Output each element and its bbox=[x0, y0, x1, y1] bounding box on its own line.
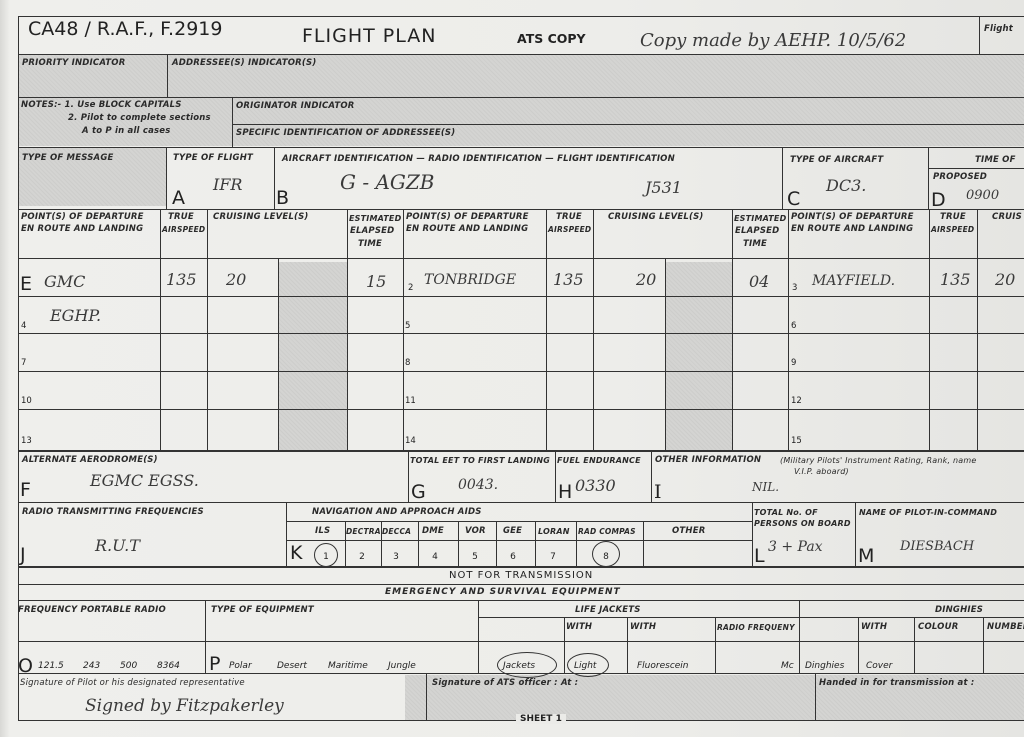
rule bbox=[555, 450, 556, 502]
nav-aid-rad-compas-circle bbox=[592, 541, 620, 567]
rule bbox=[286, 521, 752, 522]
type-of-aircraft-value[interactable]: DC3. bbox=[826, 176, 866, 195]
type-of-message-label: TYPE OF MESSAGE bbox=[22, 153, 114, 164]
cover-option[interactable]: Cover bbox=[866, 661, 892, 671]
dinghies-with-label: WITH bbox=[861, 622, 887, 633]
rule bbox=[788, 209, 789, 450]
other-information-note-2: V.I.P. aboard) bbox=[794, 466, 849, 477]
nav-aid-rad-compas: RAD COMPAS bbox=[578, 526, 636, 537]
nav-aid-num-4[interactable]: 4 bbox=[425, 552, 445, 562]
letter-i: I bbox=[654, 482, 662, 502]
rule bbox=[665, 258, 666, 450]
rule bbox=[782, 147, 783, 209]
nav-aid-decca: DECCA bbox=[382, 526, 411, 537]
rule bbox=[426, 673, 427, 720]
letter-f: F bbox=[20, 480, 31, 500]
route-tas-3[interactable]: 135 bbox=[940, 270, 971, 289]
emergency-title: EMERGENCY AND SURVIVAL EQUIPMENT bbox=[385, 587, 621, 598]
rule bbox=[18, 502, 1024, 503]
rule bbox=[983, 617, 984, 673]
letter-o: O bbox=[18, 656, 33, 676]
rule bbox=[18, 147, 1024, 148]
copy-note[interactable]: Copy made by AEHP. 10/5/62 bbox=[640, 30, 906, 51]
other-information-note: (Military Pilots' Instrument Rating, Ran… bbox=[780, 455, 976, 466]
flight-identification-value[interactable]: J531 bbox=[645, 178, 682, 197]
fuel-endurance-value[interactable]: 0330 bbox=[575, 476, 616, 495]
rule bbox=[643, 521, 644, 566]
rule bbox=[18, 600, 1024, 601]
rule bbox=[347, 209, 348, 450]
tas-header-2a: TRUE bbox=[556, 212, 582, 223]
freq-option-243[interactable]: 243 bbox=[83, 661, 100, 671]
form-number: CA48 / R.A.F., F.2919 bbox=[28, 18, 222, 40]
other-information-value[interactable]: NIL. bbox=[752, 480, 779, 494]
route-tas-1[interactable]: 135 bbox=[166, 270, 197, 289]
route-number-4: 4 bbox=[21, 321, 26, 331]
specific-identification-label: SPECIFIC IDENTIFICATION OF ADDRESSEE(S) bbox=[236, 128, 455, 139]
number-label: NUMBER bbox=[987, 622, 1024, 633]
total-eet-value[interactable]: 0043. bbox=[458, 477, 498, 493]
rule bbox=[18, 409, 1024, 410]
rule bbox=[478, 600, 479, 673]
rule bbox=[18, 97, 1024, 98]
pilot-signature-value[interactable]: Signed by Fitzpakerley bbox=[85, 696, 284, 716]
rule bbox=[651, 450, 652, 502]
eet-header-1c: TIME bbox=[358, 239, 382, 250]
level-shade-2 bbox=[665, 262, 732, 450]
fluorescein-option[interactable]: Fluorescein bbox=[637, 661, 689, 671]
proposed-time-value[interactable]: 0900 bbox=[966, 188, 999, 203]
levels-header-1: CRUISING LEVEL(S) bbox=[213, 212, 309, 223]
notes-line-3: A to P in all cases bbox=[82, 126, 171, 137]
rule bbox=[928, 147, 929, 209]
rule bbox=[18, 333, 1024, 334]
addressee-indicator-label: ADDRESSEE(S) INDICATOR(S) bbox=[172, 58, 316, 69]
points-header-3b: EN ROUTE AND LANDING bbox=[791, 224, 913, 235]
dinghies-option[interactable]: Dinghies bbox=[805, 661, 844, 671]
rule bbox=[928, 168, 1024, 169]
handed-in-label: Handed in for transmission at : bbox=[819, 678, 975, 689]
level-shade-1 bbox=[278, 262, 348, 450]
priority-indicator-label: PRIORITY INDICATOR bbox=[22, 58, 125, 69]
route-number-7: 7 bbox=[21, 358, 26, 368]
light-circle bbox=[567, 653, 609, 677]
radio-frequencies-label: RADIO TRANSMITTING FREQUENCIES bbox=[22, 507, 204, 518]
proposed-label: PROPOSED bbox=[933, 172, 987, 183]
rule bbox=[815, 673, 816, 720]
rule bbox=[232, 97, 233, 147]
radio-mc-unit: Mc bbox=[781, 661, 794, 671]
tas-header-2b: AIRSPEED bbox=[548, 224, 591, 235]
equip-option-desert[interactable]: Desert bbox=[277, 661, 307, 671]
form-title: FLIGHT PLAN bbox=[302, 25, 436, 47]
ats-officer-signature-label: Signature of ATS officer : At : bbox=[432, 678, 578, 689]
rule bbox=[278, 258, 279, 450]
letter-h: H bbox=[558, 482, 572, 502]
rule bbox=[858, 617, 859, 673]
points-header-2a: POINT(S) OF DEPARTURE bbox=[406, 212, 529, 223]
tas-header-3b: AIRSPEED bbox=[931, 224, 974, 235]
route-point-2[interactable]: TONBRIDGE bbox=[424, 272, 516, 288]
points-header-3a: POINT(S) OF DEPARTURE bbox=[791, 212, 914, 223]
pilot-in-command-label: NAME OF PILOT-IN-COMMAND bbox=[859, 507, 997, 518]
route-number-13: 13 bbox=[21, 436, 32, 446]
life-jackets-with-1: WITH bbox=[566, 622, 592, 633]
letter-j: J bbox=[20, 545, 26, 565]
rule bbox=[799, 600, 800, 673]
copy-type: ATS COPY bbox=[517, 31, 586, 46]
fuel-endurance-label: FUEL ENDURANCE bbox=[557, 455, 641, 466]
other-information-label: OTHER INFORMATION bbox=[655, 455, 761, 466]
type-of-flight-label: TYPE OF FLIGHT bbox=[173, 153, 253, 164]
tas-header-1b: AIRSPEED bbox=[162, 224, 205, 235]
letter-k: K bbox=[290, 543, 302, 563]
navigation-aids-label: NAVIGATION AND APPROACH AIDS bbox=[312, 507, 482, 518]
route-level-3[interactable]: 20 bbox=[995, 270, 1015, 289]
nav-aid-ils-circle bbox=[314, 543, 338, 567]
rule bbox=[167, 54, 168, 97]
rule bbox=[564, 617, 565, 673]
life-jackets-label: LIFE JACKETS bbox=[575, 605, 641, 616]
eet-header-1b: ELAPSED bbox=[350, 226, 394, 237]
radio-frequency-label: RADIO FREQUENY bbox=[717, 622, 795, 633]
route-number-8: 8 bbox=[405, 358, 410, 368]
route-eet-2[interactable]: 04 bbox=[749, 272, 769, 291]
time-of-label: TIME OF bbox=[975, 155, 1016, 166]
rule bbox=[18, 54, 1024, 55]
originator-indicator-label: ORIGINATOR INDICATOR bbox=[236, 101, 355, 112]
letter-d: D bbox=[931, 190, 946, 210]
rule bbox=[576, 521, 577, 566]
rule bbox=[160, 209, 161, 450]
route-number-3: 3 bbox=[792, 283, 797, 293]
rule bbox=[166, 147, 167, 209]
route-tas-2[interactable]: 135 bbox=[553, 270, 584, 289]
route-point-3[interactable]: MAYFIELD. bbox=[812, 273, 895, 289]
letter-l: L bbox=[754, 546, 765, 566]
nav-aid-loran: LORAN bbox=[538, 526, 570, 537]
route-level-1[interactable]: 20 bbox=[226, 270, 246, 289]
persons-on-board-value[interactable]: 3 + Pax bbox=[768, 539, 823, 555]
route-eet-1[interactable]: 15 bbox=[366, 272, 386, 291]
route-number-11: 11 bbox=[405, 396, 416, 406]
equip-option-polar[interactable]: Polar bbox=[229, 661, 252, 671]
flight-plan-form: CA48 / R.A.F., F.2919 FLIGHT PLAN ATS CO… bbox=[0, 0, 1024, 737]
rule bbox=[914, 617, 915, 673]
rule bbox=[286, 540, 752, 541]
letter-p: P bbox=[209, 654, 220, 674]
letter-g: G bbox=[411, 482, 426, 502]
letter-e: E bbox=[20, 274, 32, 294]
rule bbox=[18, 641, 1024, 642]
radio-frequencies-value[interactable]: R.U.T bbox=[95, 536, 140, 555]
rule bbox=[408, 450, 409, 502]
nav-aid-num-2[interactable]: 2 bbox=[352, 552, 372, 562]
pilot-in-command-value[interactable]: DIESBACH bbox=[900, 539, 974, 554]
rule bbox=[929, 209, 930, 450]
rule bbox=[274, 147, 275, 209]
nav-aid-ils: ILS bbox=[315, 526, 330, 537]
sheet-number: SHEET 1 bbox=[516, 714, 566, 724]
freq-option-121-5[interactable]: 121.5 bbox=[38, 661, 64, 671]
nav-aid-num-7[interactable]: 7 bbox=[543, 552, 563, 562]
letter-b: B bbox=[276, 188, 289, 208]
rule bbox=[627, 617, 628, 673]
route-number-5: 5 bbox=[405, 321, 410, 331]
freq-option-500[interactable]: 500 bbox=[120, 661, 137, 671]
nav-aid-other: OTHER bbox=[672, 526, 706, 537]
points-header-1b: EN ROUTE AND LANDING bbox=[21, 224, 143, 235]
route-number-6: 6 bbox=[791, 321, 796, 331]
rule bbox=[403, 209, 404, 450]
rule bbox=[418, 521, 419, 566]
nav-aid-dectra: DECTRA bbox=[346, 526, 381, 537]
rule bbox=[546, 209, 547, 450]
life-jackets-with-2: WITH bbox=[630, 622, 656, 633]
eet-header-2a: ESTIMATED bbox=[734, 213, 786, 224]
levels-header-2: CRUISING LEVEL(S) bbox=[608, 212, 704, 223]
route-number-9: 9 bbox=[791, 358, 796, 368]
radio-identification-value[interactable]: G - AGZB bbox=[340, 170, 434, 194]
route-number-10: 10 bbox=[21, 396, 32, 406]
notes-line-2: 2. Pilot to complete sections bbox=[68, 113, 211, 124]
letter-c: C bbox=[787, 189, 800, 209]
jackets-circle bbox=[497, 652, 557, 678]
colour-label: COLOUR bbox=[918, 622, 958, 633]
rule bbox=[18, 584, 1024, 585]
aircraft-identification-label: AIRCRAFT IDENTIFICATION — RADIO IDENTIFI… bbox=[282, 154, 675, 165]
freq-option-8364[interactable]: 8364 bbox=[157, 661, 180, 671]
route-point-4[interactable]: EGHP. bbox=[50, 306, 101, 325]
rule bbox=[979, 16, 980, 54]
eet-header-1a: ESTIMATED bbox=[349, 213, 401, 224]
eet-header-2c: TIME bbox=[743, 239, 767, 250]
dinghies-label: DINGHIES bbox=[935, 605, 983, 616]
levels-header-3-partial: CRUIS bbox=[992, 212, 1022, 223]
rule bbox=[205, 600, 206, 673]
nav-aid-dme: DME bbox=[422, 526, 444, 537]
rule bbox=[715, 617, 716, 673]
notes-line-1: NOTES:- 1. Use BLOCK CAPITALS bbox=[21, 100, 182, 111]
border-top bbox=[18, 16, 1024, 17]
total-eet-label: TOTAL EET TO FIRST LANDING bbox=[410, 455, 550, 466]
nav-aid-vor: VOR bbox=[465, 526, 486, 537]
type-of-flight-value[interactable]: IFR bbox=[213, 175, 242, 194]
rule bbox=[496, 521, 497, 566]
route-number-14: 14 bbox=[405, 436, 416, 446]
pilot-signature-label: Signature of Pilot or his designated rep… bbox=[20, 678, 245, 689]
letter-a: A bbox=[172, 188, 185, 208]
route-point-1[interactable]: GMC bbox=[44, 272, 85, 291]
nav-aid-num-5[interactable]: 5 bbox=[465, 552, 485, 562]
rule bbox=[535, 521, 536, 566]
type-of-aircraft-label: TYPE OF AIRCRAFT bbox=[790, 155, 883, 166]
flight-label: Flight bbox=[984, 24, 1013, 35]
equip-option-maritime[interactable]: Maritime bbox=[328, 661, 368, 671]
equip-option-jungle[interactable]: Jungle bbox=[388, 661, 416, 671]
eet-header-2b: ELAPSED bbox=[735, 226, 779, 237]
route-number-2: 2 bbox=[408, 283, 413, 293]
rule bbox=[478, 617, 1024, 618]
rule bbox=[207, 209, 208, 450]
points-header-1a: POINT(S) OF DEPARTURE bbox=[21, 212, 144, 223]
persons-on-board-label-1: TOTAL No. OF bbox=[754, 507, 818, 518]
nav-aid-num-3[interactable]: 3 bbox=[386, 552, 406, 562]
rule bbox=[752, 502, 753, 566]
alternate-aerodrome-label: ALTERNATE AERODROME(S) bbox=[22, 455, 158, 466]
nav-aid-gee: GEE bbox=[503, 526, 522, 537]
type-of-equipment-label: TYPE OF EQUIPMENT bbox=[211, 605, 314, 616]
rule bbox=[18, 258, 1024, 259]
rule bbox=[732, 209, 733, 450]
nav-aid-num-6[interactable]: 6 bbox=[503, 552, 523, 562]
letter-m: M bbox=[858, 546, 874, 566]
alternate-aerodrome-value[interactable]: EGMC EGSS. bbox=[90, 471, 199, 490]
route-level-2[interactable]: 20 bbox=[636, 270, 656, 289]
rule bbox=[18, 371, 1024, 372]
rule bbox=[855, 502, 856, 566]
tas-header-1a: TRUE bbox=[168, 212, 194, 223]
rule bbox=[232, 124, 1024, 125]
rule bbox=[977, 209, 978, 450]
persons-on-board-label-2: PERSONS ON BOARD bbox=[754, 518, 851, 529]
frequency-portable-radio-label: FREQUENCY PORTABLE RADIO bbox=[18, 605, 166, 616]
route-number-15: 15 bbox=[791, 436, 802, 446]
route-number-12: 12 bbox=[791, 396, 802, 406]
rule bbox=[18, 450, 1024, 452]
rule bbox=[18, 296, 1024, 297]
rule bbox=[593, 209, 594, 450]
points-header-2b: EN ROUTE AND LANDING bbox=[406, 224, 528, 235]
tas-header-3a: TRUE bbox=[940, 212, 966, 223]
rule bbox=[286, 502, 287, 566]
rule bbox=[18, 209, 1024, 210]
rule bbox=[458, 521, 459, 566]
not-for-transmission: NOT FOR TRANSMISSION bbox=[449, 570, 593, 581]
